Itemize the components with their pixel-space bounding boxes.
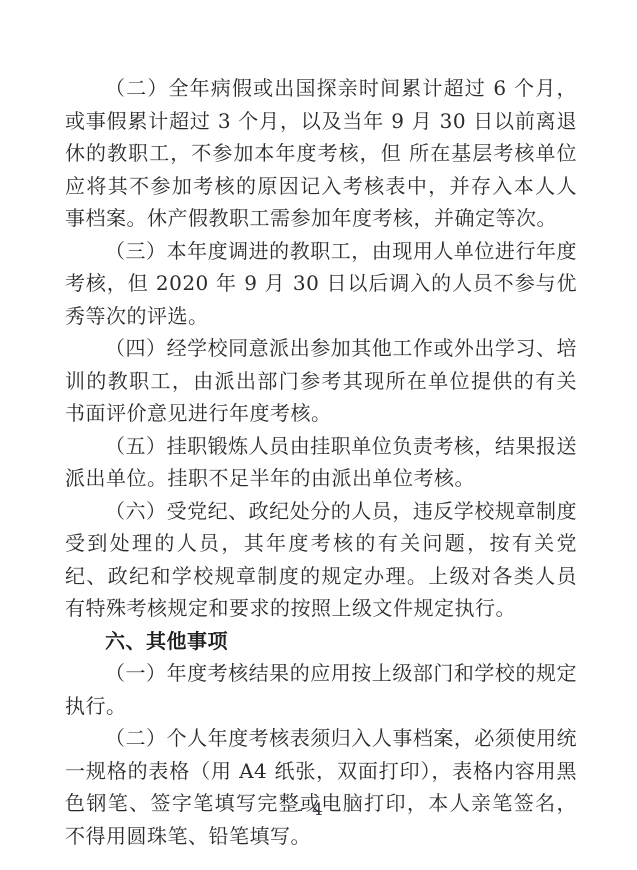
- paragraph-dispatched-staff-rule: （四）经学校同意派出参加其他工作或外出学习、培训的教职工，由派出部门参考其现所在…: [65, 332, 577, 430]
- document-page: （二）全年病假或出国探亲时间累计超过 6 个月，或事假累计超过 3 个月，以及当…: [65, 72, 577, 852]
- paragraph-transferred-staff-rule: （三）本年度调进的教职工，由现用人单位进行年度考核，但 2020 年 9 月 3…: [65, 235, 577, 333]
- paragraph-temporary-post-rule: （五）挂职锻炼人员由挂职单位负责考核，结果报送派出单位。挂职不足半年的由派出单位…: [65, 430, 577, 495]
- page-number: - 4 -: [0, 800, 637, 820]
- paragraph-form-filing-rule: （二）个人年度考核表须归入人事档案，必须使用统一规格的表格（用 A4 纸张，双面…: [65, 722, 577, 852]
- paragraph-discipline-rule: （六）受党纪、政纪处分的人员，违反学校规章制度受到处理的人员，其年度考核的有关问…: [65, 495, 577, 625]
- paragraph-result-application-rule: （一）年度考核结果的应用按上级部门和学校的规定执行。: [65, 657, 577, 722]
- paragraph-sick-leave-rule: （二）全年病假或出国探亲时间累计超过 6 个月，或事假累计超过 3 个月，以及当…: [65, 72, 577, 235]
- section-heading-other-matters: 六、其他事项: [65, 625, 577, 658]
